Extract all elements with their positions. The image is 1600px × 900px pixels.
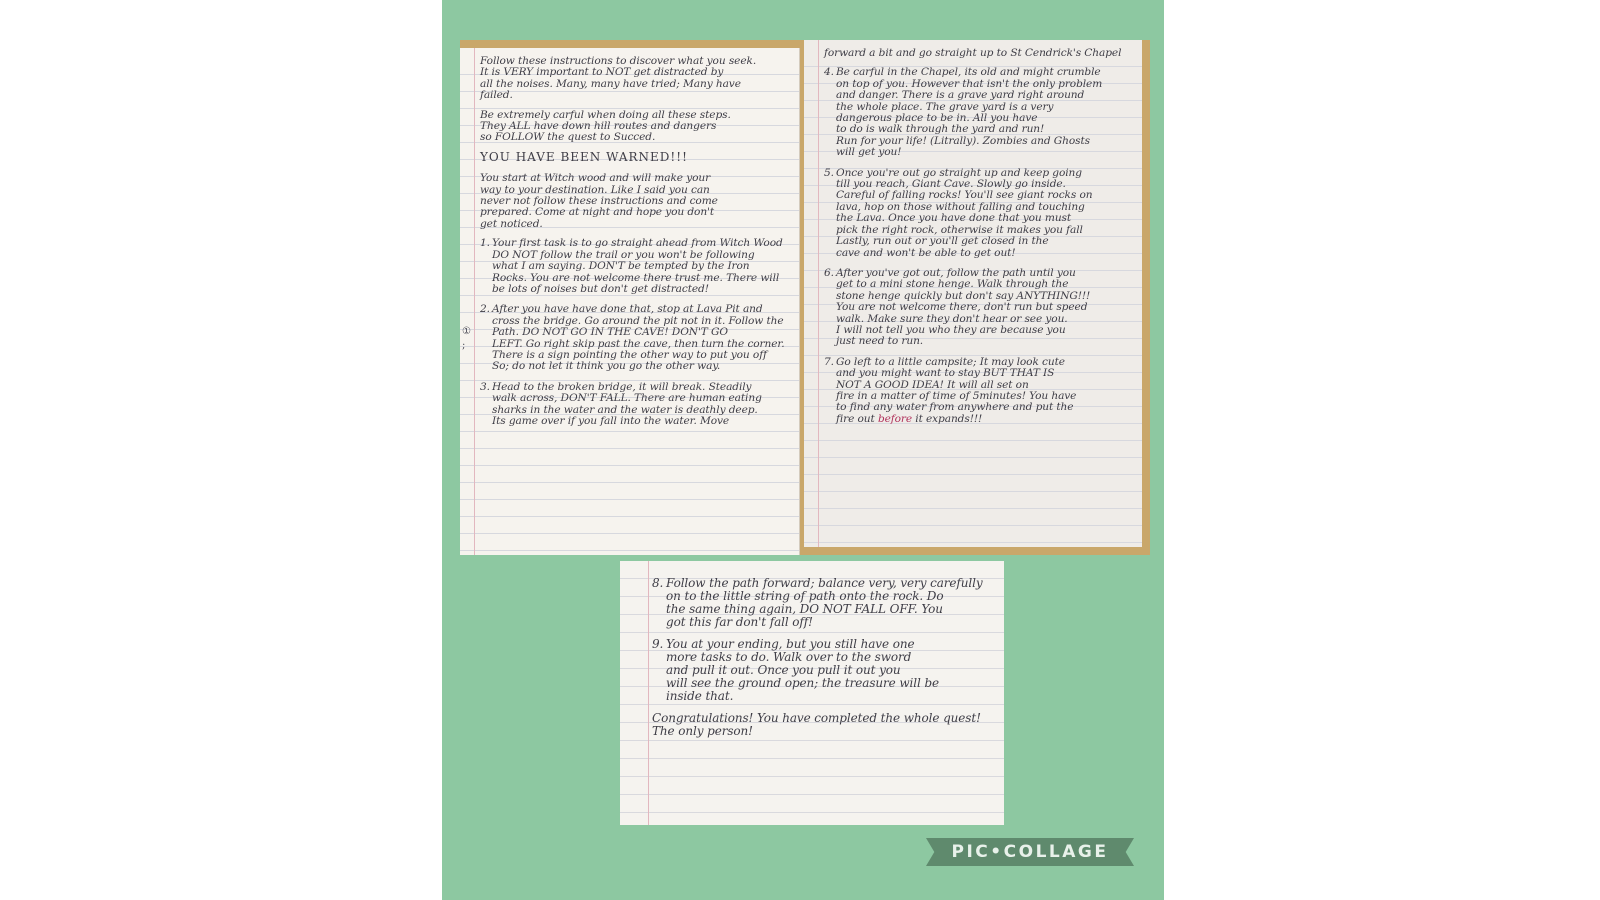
step-4: 4. Be carful in the Chapel, its old and …	[824, 67, 1134, 158]
step-text: After you have have done that, stop at L…	[492, 304, 784, 372]
continuation-line: forward a bit and go straight up to St C…	[824, 48, 1134, 59]
step-text-part: it expands!!!	[912, 413, 982, 425]
step-number: 5.	[824, 168, 836, 259]
caution-paragraph: Be extremely carful when doing all these…	[480, 110, 791, 144]
intro-paragraph: Follow these instructions to discover wh…	[480, 56, 791, 102]
step-text: You at your ending, but you still have o…	[666, 638, 939, 703]
step-number: 8.	[652, 577, 666, 629]
step-text: Be carful in the Chapel, its old and mig…	[836, 67, 1102, 158]
notebook-card-bottom: 8. Follow the path forward; balance very…	[620, 561, 1004, 825]
margin-circle-mark: ①	[462, 326, 471, 337]
step-number: 9.	[652, 638, 666, 703]
step-3: 3. Head to the broken bridge, it will br…	[480, 382, 791, 428]
step-number: 4.	[824, 67, 836, 158]
right-page: forward a bit and go straight up to St C…	[804, 40, 1142, 547]
margin-semicolon-mark: ;	[462, 340, 465, 351]
step-6: 6. After you've got out, follow the path…	[824, 268, 1134, 348]
left-page: Follow these instructions to discover wh…	[460, 48, 800, 555]
notebook-spread: Follow these instructions to discover wh…	[460, 40, 1150, 555]
step-text: After you've got out, follow the path un…	[836, 268, 1090, 348]
step-text: Once you're out go straight up and keep …	[836, 168, 1092, 259]
step-text: Your first task is to go straight ahead …	[492, 238, 783, 295]
piccollage-watermark: PIC•COLLAGE	[926, 838, 1134, 866]
step-number: 6.	[824, 268, 836, 348]
step-number: 3.	[480, 382, 492, 428]
step-text: Follow the path forward; balance very, v…	[666, 577, 983, 629]
step-2: ① ; 2. After you have have done that, st…	[480, 304, 791, 372]
step-number: 2.	[480, 304, 492, 372]
step-text: Head to the broken bridge, it will break…	[492, 382, 762, 428]
collage-background: Follow these instructions to discover wh…	[442, 0, 1164, 900]
step-9: 9. You at your ending, but you still hav…	[652, 638, 994, 703]
step-number: 1.	[480, 238, 492, 295]
step-5: 5. Once you're out go straight up and ke…	[824, 168, 1134, 259]
start-paragraph: You start at Witch wood and will make yo…	[480, 173, 791, 230]
step-number: 7.	[824, 357, 836, 425]
step-7: 7. Go left to a little campsite; It may …	[824, 357, 1134, 425]
step-1: 1. Your first task is to go straight ahe…	[480, 238, 791, 295]
step-8: 8. Follow the path forward; balance very…	[652, 577, 994, 629]
step-text: Go left to a little campsite; It may loo…	[836, 357, 1076, 425]
red-ink-word: before	[878, 413, 912, 425]
ending-paragraph: Congratulations! You have completed the …	[652, 712, 994, 738]
warning-heading: YOU HAVE BEEN WARNED!!!	[480, 152, 791, 163]
